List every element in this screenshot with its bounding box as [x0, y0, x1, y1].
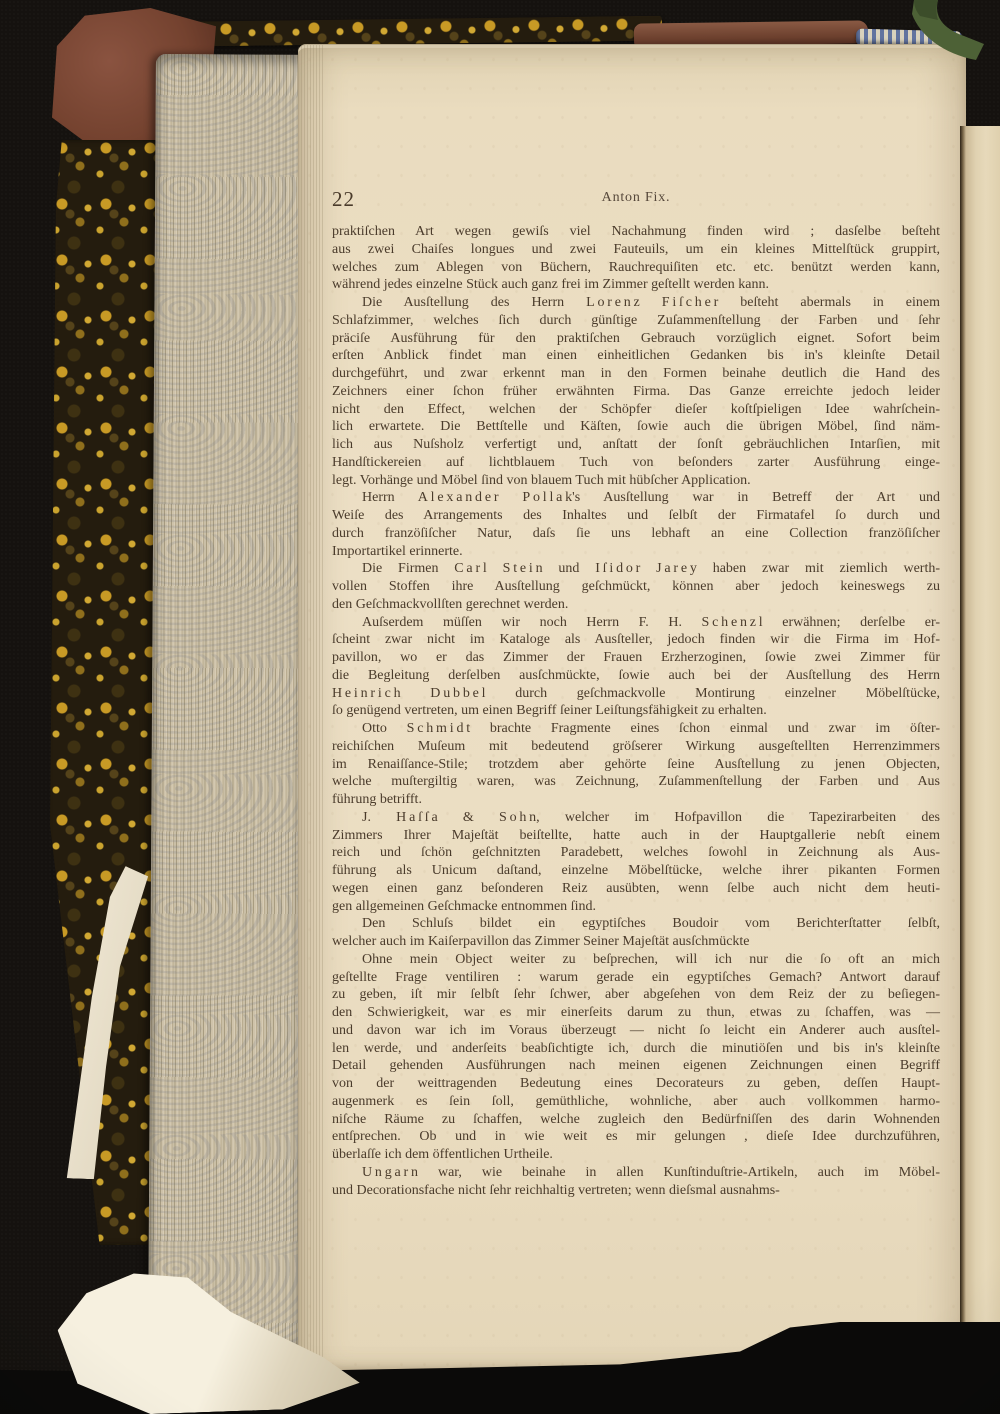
text-line: lich aus Nuſsholz verfertigt und, anſtat… — [332, 436, 940, 454]
text-line: den Schwierigkeit, war es mir einerſeits… — [332, 1004, 940, 1022]
text-line: pavillon, wo er das Zimmer der Frauen Er… — [332, 649, 940, 667]
text-line: wegen einen ganz beſonderen Reiz ausübte… — [332, 880, 940, 898]
spine-top-edge — [634, 20, 868, 46]
text-line: und davon war ich im Voraus überzeugt — … — [332, 1022, 940, 1040]
text-line: vollen Stoffen ihre Ausſtellung geſchmüc… — [332, 578, 940, 596]
text-line: lich erwartete. Die Bettſtelle und Käſte… — [332, 418, 940, 436]
text-line: Zimmers Ihrer Majeſtät beiſtellte, hatte… — [332, 827, 940, 845]
text-line: Otto S c h m i d t brachte Fragmente ein… — [332, 720, 940, 738]
text-line: welcher auch im Kaiſerpavillon das Zimme… — [332, 933, 940, 951]
text-line: niſche Räume zu ſchaffen, welche zugleic… — [332, 1111, 940, 1129]
text-line: len werde, und anderſeits beabſichtigte … — [332, 1040, 940, 1058]
text-line: und Decorationsfache nicht ſehr reichhal… — [332, 1182, 940, 1200]
text-line: Weiſe des Arrangements des Inhaltes und … — [332, 507, 940, 525]
text-line: Importartikel erinnerte. — [332, 543, 940, 561]
text-line: erſten Anblick findet man einen einheitl… — [332, 347, 940, 365]
text-line: geſtellte Frage ventiliren : warum gerad… — [332, 969, 940, 987]
text-line: Herrn A l e x a n d e r P o l l a k's Au… — [332, 489, 940, 507]
book-page: 22 Anton Fix. praktiſchen Art wegen gewi… — [298, 44, 966, 1375]
paragraph: praktiſchen Art wegen gewiſs viel Nachah… — [332, 223, 940, 294]
page-fore-edge-stack — [148, 54, 308, 1357]
text-line: welches zum Ablegen von Büchern, Rauchre… — [332, 259, 940, 277]
book-photo-scene: 22 Anton Fix. praktiſchen Art wegen gewi… — [0, 0, 1000, 1414]
text-line: Die Firmen C a r l S t e i n und I ſ i d… — [332, 560, 940, 578]
text-line: durch franzöſiſcher Natur, daſs ſie uns … — [332, 525, 940, 543]
text-line: Ohne mein Object weiter zu beſprechen, w… — [332, 951, 940, 969]
text-line: ſcheint zwar nicht im Kataloge als Ausſt… — [332, 631, 940, 649]
text-line: U n g a r n war, wie beinahe in allen Ku… — [332, 1164, 940, 1182]
text-line: Zeichners einer ſchon früher erwähnten F… — [332, 383, 940, 401]
text-line: zu geben, iſt mir ſelbſt ſehr ſchwer, ab… — [332, 986, 940, 1004]
text-line: reichiſchen Muſeum mit bedeutend gröſser… — [332, 738, 940, 756]
text-line: Handſtickereien auf lichtblauem Tuch von… — [332, 454, 940, 472]
text-line: entſprechen. Ob und in wie weit es mir g… — [332, 1128, 940, 1146]
paragraph: Die Firmen C a r l S t e i n und I ſ i d… — [332, 560, 940, 613]
paragraph: U n g a r n war, wie beinahe in allen Ku… — [332, 1164, 940, 1200]
text-line: im Renaiſſance-Stile; trotzdem aber gehö… — [332, 756, 940, 774]
text-line: überlaſſe ich dem öffentlichen Urtheile. — [332, 1146, 940, 1164]
bookmark-ribbon — [880, 0, 1000, 66]
paragraph: Die Ausſtellung des Herrn L o r e n z F … — [332, 294, 940, 489]
text-line: nicht den Effect, welchen der Schöpfer d… — [332, 401, 940, 419]
text-line: Schlafzimmer, welches ſich durch günſtig… — [332, 312, 940, 330]
paragraph: Ohne mein Object weiter zu beſprechen, w… — [332, 951, 940, 1164]
paragraph: J. H a ſ ſ a & S o h n, welcher im Hofpa… — [332, 809, 940, 916]
text-line: J. H a ſ ſ a & S o h n, welcher im Hofpa… — [332, 809, 940, 827]
text-line: H e i n r i c h D u b b e l durch geſchm… — [332, 685, 940, 703]
text-line: reich und ſchön geſchnitzten Paradebett,… — [332, 844, 940, 862]
text-line: Detail gehenden Ausführungen nach meinen… — [332, 1057, 940, 1075]
paragraph: Den Schluſs bildet ein egyptiſches Boudo… — [332, 915, 940, 951]
text-line: während jedes einzelne Stück auch ganz f… — [332, 276, 940, 294]
text-line: Die Ausſtellung des Herrn L o r e n z F … — [332, 294, 940, 312]
text-line: führung betrifft. — [332, 791, 940, 809]
text-line: welche muſtergiltig waren, was Zeichnung… — [332, 773, 940, 791]
text-line: führung als Unicum daſtand, einzelne Möb… — [332, 862, 940, 880]
paragraph: Herrn A l e x a n d e r P o l l a k's Au… — [332, 489, 940, 560]
text-line: die Begleitung derſelben ausſchmückte, ſ… — [332, 667, 940, 685]
paragraph: Otto S c h m i d t brachte Fragmente ein… — [332, 720, 940, 809]
text-line: aus zwei Chaiſes longues und zwei Fauteu… — [332, 241, 940, 259]
text-line: durchgeführt, und zwar erkennt man in de… — [332, 365, 940, 383]
text-line: legt. Vorhänge und Möbel ſind von blauem… — [332, 472, 940, 490]
page-body: praktiſchen Art wegen gewiſs viel Nachah… — [332, 223, 940, 1199]
text-line: ſo genügend vertreten, um einen Begriff … — [332, 702, 940, 720]
paragraph: Auſserdem müſſen wir noch Herrn F. H. S … — [332, 614, 940, 721]
facing-page-sliver — [960, 126, 1000, 1336]
text-line: präciſe Ausführung für den praktiſchen G… — [332, 330, 940, 348]
text-line: gen allgemeinen Geſchmacke entnommen ſin… — [332, 898, 940, 916]
text-line: augenmerk es ſein ſoll, gemüthliche, woh… — [332, 1093, 940, 1111]
page-header: 22 Anton Fix. — [332, 187, 940, 213]
running-header: Anton Fix. — [332, 190, 940, 206]
text-line: Den Schluſs bildet ein egyptiſches Boudo… — [332, 915, 940, 933]
text-line: von der weittragenden Bedeutung eines De… — [332, 1075, 940, 1093]
text-line: den Geſchmackvollſten gerechnet werden. — [332, 596, 940, 614]
text-line: praktiſchen Art wegen gewiſs viel Nachah… — [332, 223, 940, 241]
text-line: Auſserdem müſſen wir noch Herrn F. H. S … — [332, 614, 940, 632]
